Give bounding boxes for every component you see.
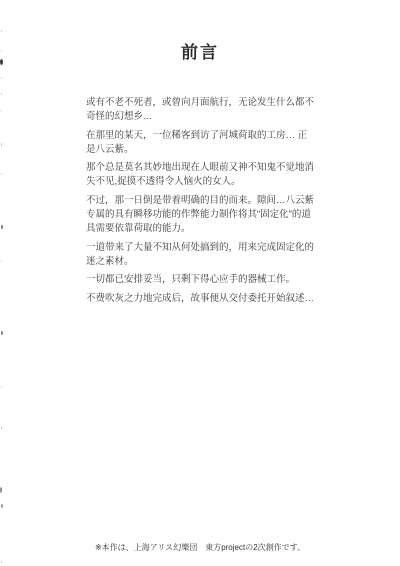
preface-page: 前言 或有不老不死者，或曾向月面航行，无论发生什么都不奇怪的幻想乡…在那里的某天… [0,0,400,566]
page-title: 前言 [0,44,400,62]
scan-speck [0,59,3,65]
scan-speck [1,386,2,388]
preface-paragraph: 一道带来了大量不知从何处搞到的，用来完成固定化的迷之素材。 [86,241,316,270]
scan-speck [1,260,2,262]
scan-speck [1,504,3,508]
scan-speck [0,487,2,493]
preface-paragraph: 一切都已安排妥当，只剩下得心应手的器械工作。 [86,273,316,287]
preface-paragraph: 或有不老不死者，或曾向月面航行，无论发生什么都不奇怪的幻想乡… [86,96,316,125]
scan-speck [1,110,2,112]
preface-paragraph: 在那里的某天，一位稀客到访了河城荷取的工房… 正是八云紫。 [86,129,316,158]
scan-speck [1,426,2,429]
scan-speck [1,93,2,95]
scan-speck [1,30,2,32]
preface-paragraph: 不过，那一日倒是带着明确的目的而来。隙间…八云紫专属的具有瞬移功能的作弊能力制作… [86,194,316,237]
scan-speck [1,143,2,146]
scan-speck [1,77,2,79]
scan-speck [1,173,2,175]
scan-speck [1,331,3,335]
footer-note: ※本作は、上海アリス幻樂団 東方projectの2次創作です。 [0,543,400,553]
scan-speck [1,561,2,563]
preface-paragraph: 那个总是莫名其妙地出现在人眼前又神不知鬼不觉地消失不见,捉摸不透得令人恼火的女人… [86,161,316,190]
preface-body: 或有不老不死者，或曾向月面航行，无论发生什么都不奇怪的幻想乡…在那里的某天，一位… [86,96,316,310]
scan-speck [1,225,3,229]
preface-paragraph: 不费吹灰之力地完成后，故事便从交付委托开始叙述… [86,292,316,306]
scan-speck [1,50,2,52]
